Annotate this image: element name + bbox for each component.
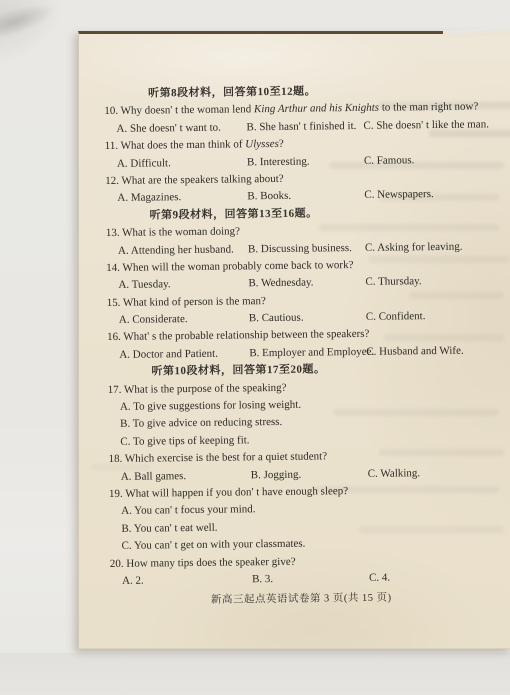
option-c: C. Confident. <box>366 308 426 326</box>
scanner-bottom-shade <box>0 653 510 695</box>
option-c: C. Thursday. <box>365 273 421 291</box>
option-a: A. Ball games. <box>121 468 187 486</box>
option-c: C. Walking. <box>368 465 421 483</box>
option-a: A. 2. <box>122 573 144 591</box>
option-b: B. Wednesday. <box>248 275 313 293</box>
option-a: A. Considerate. <box>119 311 188 329</box>
question-11-book-title: Ulysses <box>245 138 279 150</box>
option-b: B. Interesting. <box>247 153 310 171</box>
option-c: C. 4. <box>369 570 390 588</box>
paper-sheet: 听第8段材料，回答第10至12题。 10. Why doesn' t the w… <box>78 31 510 649</box>
option-b: B. Books. <box>247 188 291 206</box>
option-a: A. Attending her husband. <box>118 241 234 260</box>
option-a: A. Difficult. <box>117 155 171 173</box>
option-a: A. Magazines. <box>117 189 181 207</box>
option-c: C. Husband and Wife. <box>366 343 464 362</box>
question-10-text-end: to the man right now? <box>379 101 478 114</box>
option-b: B. Employer and Employee. <box>249 344 374 363</box>
option-b: B. Discussing business. <box>248 240 352 259</box>
option-b: B. Cautious. <box>249 310 304 328</box>
option-c: C. Famous. <box>364 152 415 170</box>
paper-top-fold <box>443 27 510 37</box>
option-b: B. She hasn' t finished it. <box>246 118 356 137</box>
option-c: C. She doesn' t like the man. <box>363 116 489 135</box>
question-10-text: 10. Why doesn' t the woman lend <box>104 104 254 118</box>
exam-text-block: 听第8段材料，回答第10至12题。 10. Why doesn' t the w… <box>79 81 510 611</box>
question-11-text-end: ? <box>279 138 284 150</box>
question-11-text: 11. What does the man think of <box>105 139 246 153</box>
option-b: B. Jogging. <box>251 466 302 484</box>
scanned-exam-page: { "colors":{ "scanner_background":"#e9e8… <box>0 0 510 695</box>
option-a: A. She doesn' t want to. <box>116 119 221 138</box>
option-a: A. Tuesday. <box>118 277 170 295</box>
page-footer: 新高三起点英语试卷第 3 页(共 15 页) <box>85 588 510 611</box>
option-c: C. Newspapers. <box>364 186 434 204</box>
question-10-book-title: King Arthur and his Knights <box>254 102 379 116</box>
option-c: C. Asking for leaving. <box>365 238 463 257</box>
option-a: A. Doctor and Patient. <box>119 346 218 365</box>
option-b: B. 3. <box>252 571 273 589</box>
